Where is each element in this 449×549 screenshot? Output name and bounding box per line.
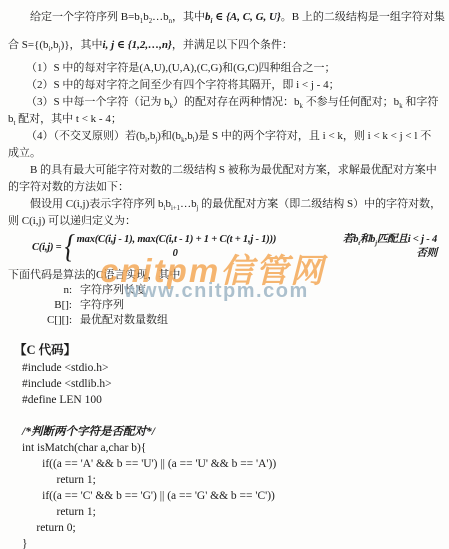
condition-2: （2）S 中的每对字符之间至少有四个字符将其隔开，即 i < j - 4；	[8, 77, 441, 94]
code-line-return-0: return 0;	[22, 520, 441, 536]
formula-case-2-expr: 0	[173, 247, 178, 261]
definition-value: 最优配对数量数组	[80, 314, 168, 326]
code-line-include-stdlib: #include <stdlib.h>	[22, 376, 441, 392]
code-line-if-cg: if((a == 'C' && b == 'G') || (a == 'G' &…	[22, 488, 441, 504]
formula-case-1: max(C(i,j - 1), max(C(i,t - 1) + 1 + C(t…	[77, 233, 437, 247]
definition-key: B[]:	[8, 298, 72, 313]
code-line-closing-brace: }	[22, 536, 441, 549]
statement-line-2: 合 S={(bi,bj)}，其中i, j ∈ {1,2,…,n}，并满足以下四个…	[8, 36, 441, 54]
recurrence-intro-line-1: 假设用 C(i,j)表示字符序列 bibi+1…bj 的最优配对方案（即二级结构…	[8, 196, 441, 213]
definition-key: n:	[8, 283, 72, 298]
condition-1: （1）S 中的每对字符是(A,U),(U,A),(C,G)和(G,C)四种组合之…	[8, 60, 441, 77]
formula-brace: {	[64, 228, 74, 266]
document-page: 给定一个字符序列 B=b1b2…bn，其中bi ∈ {A, C, G, U}。B…	[0, 0, 449, 549]
definition-value: 字符序列长度	[80, 284, 146, 296]
optimal-pairing-line-1: B 的具有最大可能字符对数的二级结构 S 被称为最优配对方案，求解最优配对方案中	[8, 162, 441, 179]
formula-lhs: C(i,j) =	[32, 242, 61, 253]
code-line-if-au: if((a == 'A' && b == 'U') || (a == 'U' &…	[22, 456, 441, 472]
formula-case-1-expr: max(C(i,j - 1), max(C(i,t - 1) + 1 + C(t…	[77, 233, 277, 247]
problem-statement: 给定一个字符序列 B=b1b2…bn，其中bi ∈ {A, C, G, U}。B…	[0, 0, 449, 549]
formula-cases: max(C(i,j - 1), max(C(i,t - 1) + 1 + C(t…	[77, 233, 437, 261]
optimal-pairing-line-2: 的字符对数的方法如下：	[8, 179, 441, 196]
definition-key: C[][]:	[8, 313, 72, 328]
definition-n: n:字符序列长度	[8, 283, 441, 298]
code-line-include-stdio: #include <stdio.h>	[22, 360, 441, 376]
definition-b-array: B[]:字符序列	[8, 298, 441, 313]
condition-3: （3）S 中每一个字符（记为 bk）的配对存在两种情况：bk 不参与任何配对；b…	[8, 94, 441, 111]
code-intro-line: 下面代码是算法的C语言实现，其中	[8, 268, 441, 283]
code-line-define-len: #define LEN 100	[22, 392, 441, 408]
formula-case-1-condition: 若bt和bj匹配且i < j - 4	[337, 233, 437, 247]
statement-line-1: 给定一个字符序列 B=b1b2…bn，其中bi ∈ {A, C, G, U}。B…	[8, 8, 441, 26]
definition-value: 字符序列	[80, 299, 124, 311]
definition-c-array: C[][]:最优配对数量数组	[8, 313, 441, 328]
c-code-block: #include <stdio.h> #include <stdlib.h> #…	[8, 360, 441, 549]
recurrence-formula: C(i,j) = { max(C(i,j - 1), max(C(i,t - 1…	[32, 232, 437, 262]
code-line-return-1b: return 1;	[22, 504, 441, 520]
condition-4-continued: 成立。	[8, 145, 441, 162]
formula-case-2-condition: 否则	[410, 247, 437, 261]
condition-4: （4）（不交叉原则）若(bi,bj)和(bk,bl)是 S 中的两个字符对，且 …	[8, 128, 441, 145]
condition-3-continued: bt 配对，其中 t < k - 4；	[8, 111, 441, 128]
formula-case-2: 0 否则	[77, 247, 437, 261]
code-line-blank	[22, 408, 441, 424]
variable-definitions: n:字符序列长度 B[]:字符序列 C[][]:最优配对数量数组	[8, 283, 441, 328]
code-line-comment: /*判断两个字符是否配对*/	[22, 424, 441, 440]
code-line-return-1a: return 1;	[22, 472, 441, 488]
code-line-ismatch-signature: int isMatch(char a,char b){	[22, 440, 441, 456]
c-code-section-header: 【C 代码】	[14, 342, 441, 358]
